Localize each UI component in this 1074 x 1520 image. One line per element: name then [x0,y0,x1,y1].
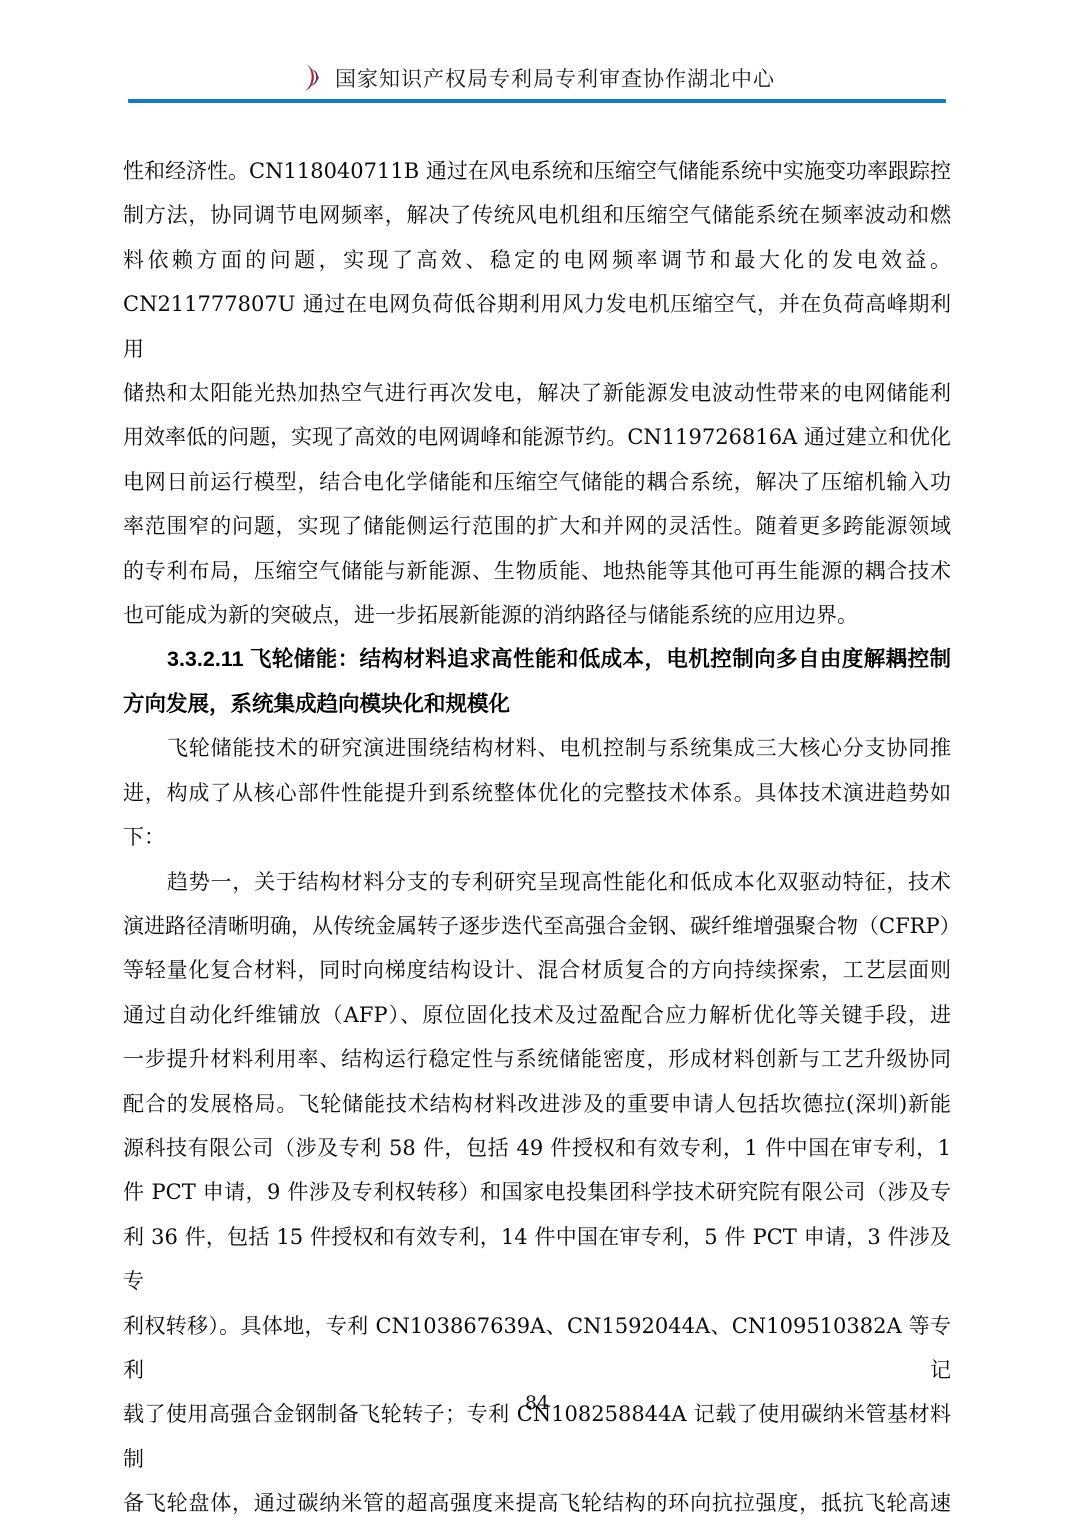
cnipa-logo-icon [299,62,325,94]
text-line: 也可能成为新的突破点，进一步拓展新能源的消纳路径与储能系统的应用边界。 [123,593,951,637]
text-line: 利 36 件，包括 15 件授权和有效专利，14 件中国在审专利，5 件 PCT… [123,1215,951,1304]
text-line: 配合的发展格局。飞轮储能技术结构材料改进涉及的重要申请人包括坎德拉(深圳)新能 [123,1082,951,1126]
text-line: 趋势一，关于结构材料分支的专利研究呈现高性能化和低成本化双驱动特征，技术 [123,860,951,904]
document-page: 国家知识产权局专利局专利审查协作湖北中心 性和经济性。CN118040711B … [0,0,1074,1520]
header-rule [128,99,946,103]
text-line: 件 PCT 申请，9 件涉及专利权转移）和国家电投集团科学技术研究院有限公司（涉… [123,1170,951,1214]
page-number: 84 [0,1392,1074,1414]
header-title: 国家知识产权局专利局专利审查协作湖北中心 [335,63,775,93]
text-line: 用效率低的问题，实现了高效的电网调峰和能源节约。CN119726816A 通过建… [123,415,951,459]
text-line: 下： [123,815,951,859]
text-line: 通过自动化纤维铺放（AFP）、原位固化技术及过盈配合应力解析优化等关键手段，进 [123,993,951,1037]
text-line: 飞轮储能技术的研究演进围绕结构材料、电机控制与系统集成三大核心分支协同推 [123,726,951,770]
text-line: 进，构成了从核心部件性能提升到系统整体优化的完整技术体系。具体技术演进趋势如 [123,771,951,815]
text-line: 料依赖方面的问题，实现了高效、稳定的电网频率调节和最大化的发电效益。 [123,238,951,282]
text-line: 演进路径清晰明确，从传统金属转子逐步迭代至高强合金钢、碳纤维增强聚合物（CFRP… [123,904,951,948]
text-line: 性和经济性。CN118040711B 通过在风电系统和压缩空气储能系统中实施变功… [123,149,951,193]
text-line: 利权转移）。具体地，专利 CN103867639A、CN1592044A、CN1… [123,1304,951,1393]
text-line: 率范围窄的问题，实现了储能侧运行范围的扩大和并网的灵活性。随着更多跨能源领域 [123,504,951,548]
document-body: 性和经济性。CN118040711B 通过在风电系统和压缩空气储能系统中实施变功… [123,149,951,1520]
page-header: 国家知识产权局专利局专利审查协作湖北中心 [0,62,1074,94]
text-line: 等轻量化复合材料，同时向梯度结构设计、混合材质复合的方向持续探索，工艺层面则 [123,948,951,992]
text-line: 的专利布局，压缩空气储能与新能源、生物质能、地热能等其他可再生能源的耦合技术 [123,549,951,593]
section-heading-line: 3.3.2.11 飞轮储能：结构材料追求高性能和低成本，电机控制向多自由度解耦控… [123,637,951,681]
text-line: 储热和太阳能光热加热空气进行再次发电，解决了新能源发电波动性带来的电网储能利 [123,371,951,415]
text-line: CN211777807U 通过在电网负荷低谷期利用风力发电机压缩空气，并在负荷高… [123,282,951,371]
text-line: 备飞轮盘体，通过碳纳米管的超高强度来提高飞轮结构的环向抗拉强度，抵抗飞轮高速 [123,1481,951,1520]
text-line: 电网日前运行模型，结合电化学储能和压缩空气储能的耦合系统，解决了压缩机输入功 [123,460,951,504]
text-line: 制方法，协同调节电网频率，解决了传统风电机组和压缩空气储能系统在频率波动和燃 [123,193,951,237]
text-line: 一步提升材料利用率、结构运行稳定性与系统储能密度，形成材料创新与工艺升级协同 [123,1037,951,1081]
section-heading-line: 方向发展，系统集成趋向模块化和规模化 [123,682,951,726]
text-line: 源科技有限公司（涉及专利 58 件，包括 49 件授权和有效专利，1 件中国在审… [123,1126,951,1170]
